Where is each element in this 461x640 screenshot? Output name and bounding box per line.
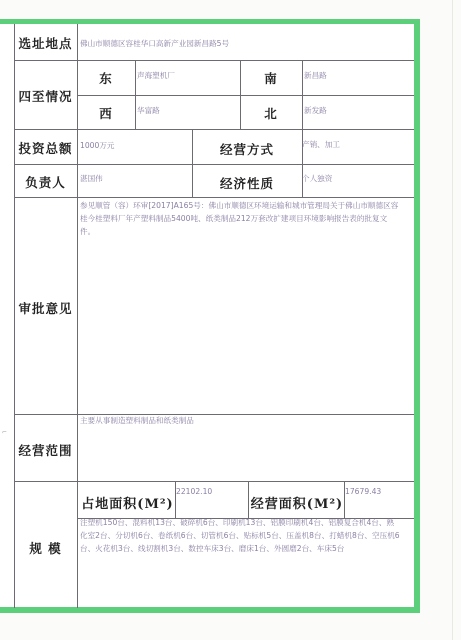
north-value: 新发路 (304, 105, 327, 116)
scope-label: 经营范围 (14, 441, 77, 459)
business-area-value: 17679.43 (345, 487, 381, 496)
grid-col-line (248, 481, 249, 518)
boundaries-label: 四至情况 (14, 87, 77, 105)
land-area-value: 22102.10 (176, 487, 212, 496)
south-value: 新昌路 (304, 70, 327, 81)
grid-col-line (302, 60, 303, 129)
east-label: 东 (77, 69, 135, 87)
economic-nature-label: 经济性质 (192, 174, 302, 192)
grid-row-line (14, 197, 414, 198)
investment-value: 1000万元 (80, 140, 115, 151)
operation-mode-label: 经营方式 (192, 140, 302, 158)
scope-value: 主要从事制造塑料制品和纸类制品 (80, 415, 194, 426)
grid-row-line (77, 95, 414, 96)
page-edge (452, 0, 453, 640)
grid-col-line (135, 60, 136, 129)
investment-label: 投资总额 (14, 139, 77, 157)
grid-row-line (14, 60, 414, 61)
responsible-value: 湛国伟 (80, 173, 103, 184)
scale-label: 规 模 (14, 539, 77, 557)
land-area-label: 占地面积(M²) (80, 493, 175, 512)
approval-value: 参见顺管（容）环审[2017]A165号：佛山市顺德区环境运输和城市管理局关于佛… (80, 199, 400, 238)
equipment-list: 注塑机150台、混料机13台、破碎机6台、印刷机13台、铝膜印刷机4台、铝膜复合… (80, 516, 400, 555)
west-label: 西 (77, 104, 135, 122)
north-label: 北 (240, 104, 302, 122)
site-label: 选址地点 (14, 34, 77, 52)
business-area-label: 经营面积(M²) (250, 493, 344, 512)
east-value: 声海塑机厂 (137, 70, 175, 81)
approval-label: 审批意见 (14, 299, 77, 317)
economic-nature-value: 个人独资 (302, 173, 332, 184)
south-label: 南 (240, 69, 302, 87)
west-value: 华富路 (137, 105, 160, 116)
grid-row-line (14, 164, 414, 165)
grid-row-line (14, 129, 414, 130)
grid-row-line (14, 481, 414, 482)
scan-mark: ⌐ (2, 429, 7, 436)
site-value: 佛山市顺德区容桂华口高新产业园新昌路5号 (80, 38, 229, 49)
operation-mode-value: 产销、加工 (302, 139, 340, 150)
grid-row-line (14, 414, 414, 415)
responsible-label: 负责人 (14, 173, 77, 191)
